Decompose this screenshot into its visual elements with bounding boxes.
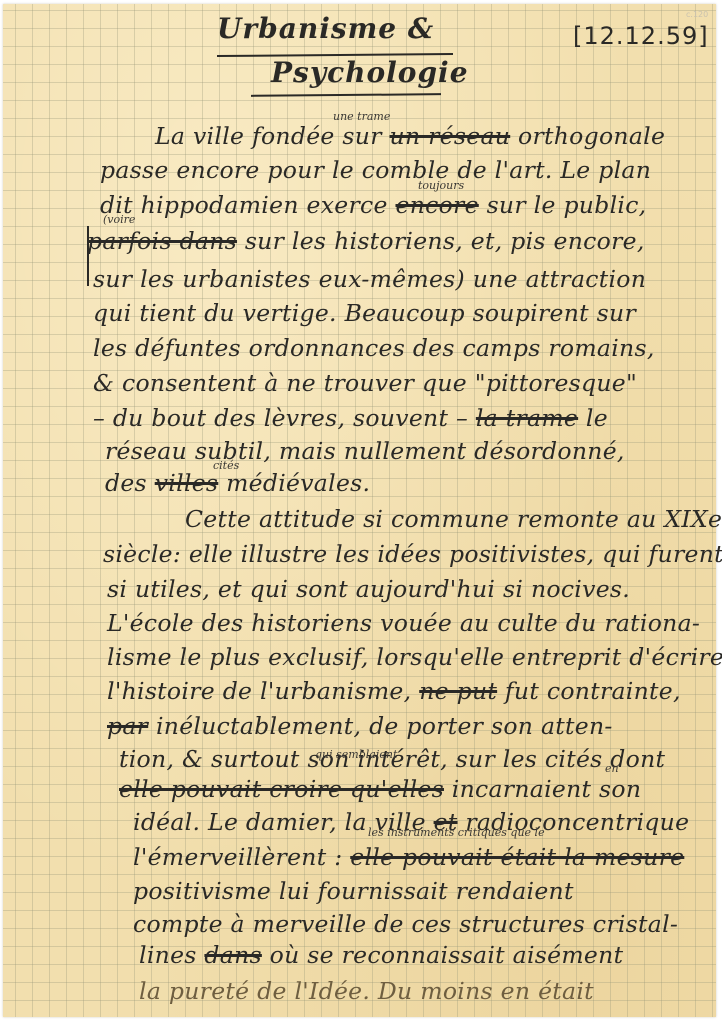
text-line-17: l'histoire de l'urbanisme, ne put fut co… — [107, 676, 681, 706]
line-text: passe encore pour le comble de l'art. Le… — [100, 156, 651, 184]
struck-text: encore — [395, 191, 478, 219]
text-line-1: La ville fondée sur un réseau orthogonal… — [155, 121, 665, 151]
text-line-18: par inéluctablement, de porter son atten… — [107, 711, 613, 741]
struck-text: dans — [204, 941, 261, 969]
line-text-after: fut contrainte, — [505, 677, 681, 705]
line-text: des — [105, 469, 147, 497]
line-text: Cette attitude si commune remonte au XIX… — [185, 505, 722, 533]
text-line-7: les défuntes ordonnances des camps romai… — [93, 333, 655, 363]
text-line-22: l'émerveillèrent : elle pouvait était la… — [133, 842, 684, 872]
text-line-14: si utiles, et qui sont aujourd'hui si no… — [107, 574, 630, 604]
manuscript-page: c.120 Urbanisme & Psychologie [12.12.59]… — [3, 4, 716, 1017]
insertion: qui semblaient — [315, 748, 397, 761]
struck-text: elle pouvait était la mesure — [350, 843, 684, 871]
text-line-4: parfois dans sur les historiens, et, pis… — [87, 226, 645, 256]
line-text: La ville fondée sur — [155, 122, 382, 150]
text-line-26: la pureté de l'Idée. Du moins en était — [139, 976, 594, 1006]
line-text-after: sur les historiens, et, pis encore, — [245, 227, 645, 255]
insertion: les instruments critiques que le — [368, 826, 545, 839]
insertion: toujours — [418, 179, 464, 192]
struck-text: elle pouvait croire qu'elles — [119, 775, 444, 803]
text-line-20: elle pouvait croire qu'elles incarnaient… — [119, 774, 641, 804]
insertion: cités — [213, 459, 239, 472]
struck-text: parfois dans — [87, 227, 237, 255]
struck-text: par — [107, 712, 148, 740]
line-text: positivisme lui fournissait rendaient — [133, 877, 574, 905]
line-text-after: où se reconnaissait aisément — [270, 941, 624, 969]
text-line-3: dit hippodamien exerce encore sur le pub… — [100, 190, 646, 220]
text-line-23: positivisme lui fournissait rendaient — [133, 876, 574, 906]
title-line-1: Urbanisme & — [217, 12, 434, 45]
line-text: si utiles, et qui sont aujourd'hui si no… — [107, 575, 630, 603]
struck-text: la trame — [476, 404, 578, 432]
title-line-2: Psychologie — [271, 56, 469, 89]
text-line-25: lines dans où se reconnaissait aisément — [139, 940, 623, 970]
line-text: lisme le plus exclusif, lorsqu'elle entr… — [107, 643, 722, 671]
insertion: en — [605, 762, 619, 775]
text-line-15: L'école des historiens vouée au culte du… — [107, 608, 700, 638]
title-underline-2 — [251, 93, 441, 97]
line-text: réseau subtil, mais nullement désordonné… — [105, 437, 625, 465]
text-line-6: qui tient du vertige. Beaucoup soupirent… — [93, 298, 636, 328]
line-text: – du bout des lèvres, souvent – — [93, 404, 468, 432]
line-text-after: orthogonale — [518, 122, 665, 150]
line-text: sur les urbanistes eux-mêmes) une attrac… — [93, 265, 646, 293]
line-text-after: sur le public, — [487, 191, 647, 219]
line-text: l'émerveillèrent : — [133, 843, 342, 871]
line-text: L'école des historiens vouée au culte du… — [107, 609, 700, 637]
text-line-11: des villes médiévales. — [105, 468, 370, 498]
line-text: l'histoire de l'urbanisme, — [107, 677, 411, 705]
line-text: la pureté de l'Idée. Du moins en était — [139, 977, 594, 1005]
struck-text: un réseau — [390, 122, 511, 150]
line-text: compte à merveille de ces structures cri… — [133, 910, 678, 938]
line-text: & consentent à ne trouver que "pittoresq… — [93, 369, 637, 397]
text-line-8: & consentent à ne trouver que "pittoresq… — [93, 368, 637, 398]
date: [12.12.59] — [573, 22, 709, 50]
line-text-after: inéluctablement, de porter son atten- — [156, 712, 613, 740]
line-text: dit hippodamien exerce — [100, 191, 388, 219]
line-text: siècle: elle illustre les idées positivi… — [103, 540, 722, 568]
line-text: les défuntes ordonnances des camps romai… — [93, 334, 655, 362]
line-text: qui tient du vertige. Beaucoup soupirent… — [93, 299, 636, 327]
line-text-after: le — [586, 404, 608, 432]
text-line-13: siècle: elle illustre les idées positivi… — [103, 539, 722, 569]
text-line-2: passe encore pour le comble de l'art. Le… — [100, 155, 651, 185]
struck-text: ne put — [419, 677, 497, 705]
struck-text: villes — [155, 469, 219, 497]
line-text: lines — [139, 941, 197, 969]
text-line-10: réseau subtil, mais nullement désordonné… — [105, 436, 625, 466]
insertion: (voire — [103, 213, 135, 226]
line-text-after: incarnaient son — [452, 775, 642, 803]
text-line-24: compte à merveille de ces structures cri… — [133, 909, 678, 939]
text-line-5: sur les urbanistes eux-mêmes) une attrac… — [93, 264, 646, 294]
margin-stroke — [87, 226, 89, 286]
text-line-16: lisme le plus exclusif, lorsqu'elle entr… — [107, 642, 722, 672]
line-text-after: médiévales. — [226, 469, 370, 497]
text-line-12: Cette attitude si commune remonte au XIX… — [185, 504, 722, 534]
archive-reference: c.120 — [686, 10, 708, 19]
text-line-9: – du bout des lèvres, souvent – la trame… — [93, 403, 608, 433]
insertion: une trame — [333, 110, 390, 123]
